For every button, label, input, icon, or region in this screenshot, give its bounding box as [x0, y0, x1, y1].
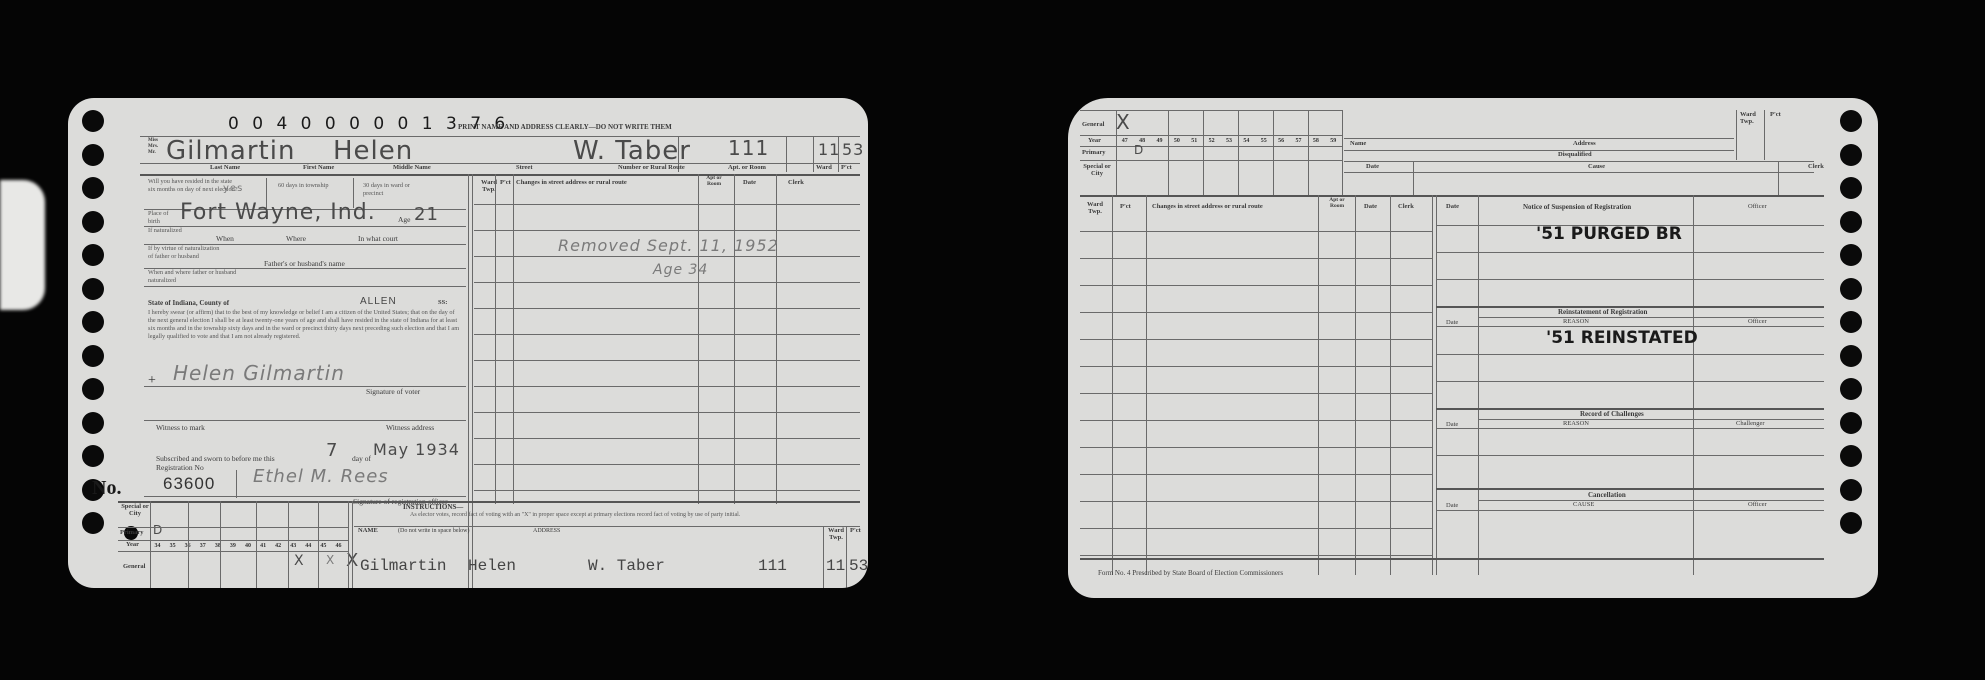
voter-house-number: 111 [728, 138, 769, 158]
form-footer: Form No. 4 Prescribed by State Board of … [1098, 570, 1283, 577]
typed-street: W. Taber [588, 558, 665, 574]
label-ward-twp-bottom: Ward Twp. [825, 528, 847, 541]
voter-first-name: Helen [333, 138, 413, 164]
label-middle-name: Middle Name [393, 165, 431, 172]
label-name: NAME [358, 528, 378, 535]
q-township-residency: 60 days in township [278, 182, 338, 190]
subscribed-day: 7 [326, 442, 338, 460]
cancellation-title: Cancellation [1588, 492, 1626, 499]
row-year: Year [126, 542, 139, 549]
label-pct-bottom: P'ct [850, 528, 861, 535]
label-pct: P'ct [841, 165, 852, 172]
punch-holes-right [1840, 110, 1862, 534]
label-when: When [216, 235, 234, 243]
registration-card-back: General X Year 4748495051525354555657585… [1068, 98, 1878, 598]
challenges-title: Record of Challenges [1580, 411, 1644, 418]
header-changes-right: Changes in street address or rural route [1152, 204, 1263, 211]
typed-pct: 53 [849, 558, 868, 574]
registration-number: 63600 [163, 475, 215, 492]
label-subscribed: Subscribed and sworn to before me this [156, 455, 275, 463]
officer-signature: Ethel M. Rees [253, 468, 389, 486]
header-changes: Changes in street address or rural route [516, 180, 627, 187]
header-apt-room-right: Apt or Room [1322, 198, 1352, 209]
row-primary-right: Primary [1082, 150, 1105, 157]
label-address: ADDRESS [533, 528, 560, 534]
label-cancellation-officer: Officer [1748, 502, 1767, 509]
label-place-of-birth: Place of birth [148, 210, 178, 226]
label-address-right: Address [1573, 141, 1596, 148]
punch-holes-left [82, 110, 104, 534]
typed-number: 111 [758, 558, 787, 574]
oath-ss: SS: [438, 300, 447, 307]
label-do-not-write: (Do not write in space below) [398, 528, 469, 534]
label-first-name: First Name [303, 165, 334, 172]
label-pct-right: P'ct [1770, 112, 1781, 119]
instructions-text: As elector votes, record fact of voting … [410, 512, 790, 519]
card-heading: PRINT NAME AND ADDRESS CLEARLY—DO NOT WR… [458, 124, 672, 131]
no-symbol: No. [92, 478, 121, 498]
label-registration-no: Registration No [156, 464, 204, 472]
label-reinstatement-officer: Officer [1748, 319, 1767, 326]
typed-last-name: Gilmartin [360, 558, 446, 574]
removed-note: Removed Sept. 11, 1952 [558, 238, 779, 254]
label-where: Where [286, 235, 306, 243]
voter-ward: 11 [818, 142, 840, 158]
label-court: In what court [358, 235, 398, 243]
reinstatement-title: Reinstatement of Registration [1558, 309, 1647, 316]
voter-signature: Helen Gilmartin [173, 363, 345, 383]
row-primary: Primary [120, 530, 143, 537]
label-father-name: Father's or husband's name [264, 260, 345, 268]
label-disqualified: Disqualified [1558, 152, 1592, 159]
label-day-of: day of [352, 455, 371, 463]
primary-mark: D [153, 524, 163, 536]
county-name: ALLEN [360, 297, 397, 307]
header-clerk-right: Clerk [1398, 204, 1414, 211]
label-witness-mark: Witness to mark [156, 424, 205, 432]
row-special-city: Special or City [120, 504, 150, 517]
header-ward-twp-right: Ward Twp. [1082, 202, 1108, 215]
voter-last-name: Gilmartin [166, 138, 295, 164]
header-ward-twp: Ward Twp. [478, 180, 500, 193]
label-age: Age [398, 216, 411, 224]
label-last-name: Last Name [210, 165, 240, 172]
header-clerk: Clerk [788, 180, 804, 187]
label-challenge-reason: REASON [1563, 421, 1589, 428]
registration-card-front: 0 0 4 0 0 0 0 0 1 3 7 6 PRINT NAME AND A… [68, 98, 868, 588]
label-suspension-date: Date [1446, 204, 1459, 211]
row-year-right: Year [1088, 138, 1101, 145]
label-name-right: Name [1350, 141, 1366, 148]
label-witness-address: Witness address [386, 424, 434, 432]
general-mark-44: X [326, 554, 335, 566]
header-pct: P'ct [500, 180, 511, 187]
header-pct-right: P'ct [1120, 204, 1131, 211]
row-special-city-right: Special or City [1082, 164, 1112, 177]
label-if-naturalized: If naturalized [148, 227, 188, 235]
label-street: Street [516, 165, 532, 172]
purged-stamp: '51 PURGED BR [1536, 226, 1682, 243]
voter-street: W. Taber [573, 138, 691, 164]
label-ward-right: Ward Twp. [1740, 112, 1762, 125]
row-general-right: General [1082, 122, 1104, 129]
label-reinstatement-reason: REASON [1563, 319, 1589, 326]
label-when-where-naturalized: When and where father or husband natural… [148, 269, 238, 285]
voter-precinct: 53 [842, 142, 864, 158]
header-apt-room: Apt or Room [700, 176, 728, 187]
general-mark-47: X [1116, 112, 1131, 132]
scanner-tab-artifact [0, 180, 45, 310]
label-challenger: Challenger [1736, 421, 1765, 428]
general-mark-42: X [294, 554, 305, 568]
answer-state: yes [223, 184, 243, 194]
label-apt: Apt. or Room [728, 165, 766, 172]
title-prefix: MissMrs.Mr. [148, 138, 158, 156]
q-ward-residency: 30 days in ward or precinct [363, 182, 423, 198]
label-suspension-officer: Officer [1748, 204, 1767, 211]
label-clerk-disqualified: Clerk [1808, 164, 1824, 171]
label-naturalization-father: If by virtue of naturalization of father… [148, 245, 223, 261]
primary-mark-48: D [1134, 144, 1144, 156]
suspension-title: Notice of Suspension of Registration [1523, 204, 1631, 211]
header-date-right: Date [1364, 204, 1377, 211]
label-signature-voter: Signature of voter [366, 388, 420, 396]
label-number: Number or Rural Route [618, 165, 685, 172]
reinstated-stamp: '51 REINSTATED [1546, 330, 1698, 347]
voter-age: 21 [414, 206, 439, 224]
label-cancellation-cause: CAUSE [1573, 502, 1594, 509]
oath-text: I hereby swear (or affirm) that to the b… [148, 309, 463, 341]
header-date: Date [743, 180, 756, 187]
label-date-disqualified: Date [1366, 164, 1379, 171]
typed-first-name: Helen [468, 558, 516, 574]
age-note: Age 34 [653, 263, 708, 277]
row-general: General [123, 564, 145, 571]
label-ward: Ward [816, 165, 832, 172]
year-row-left: 34353637383940414243444546 [150, 543, 346, 549]
subscribed-month-year: May 1934 [373, 442, 460, 458]
place-of-birth: Fort Wayne, Ind. [180, 202, 376, 224]
label-cause: Cause [1588, 164, 1605, 171]
instructions-title: INSTRUCTIONS— [403, 504, 463, 511]
oath-state-line: State of Indiana, County of [148, 300, 229, 307]
label-cancellation-date: Date [1446, 503, 1458, 510]
typed-ward: 11 [826, 558, 845, 574]
